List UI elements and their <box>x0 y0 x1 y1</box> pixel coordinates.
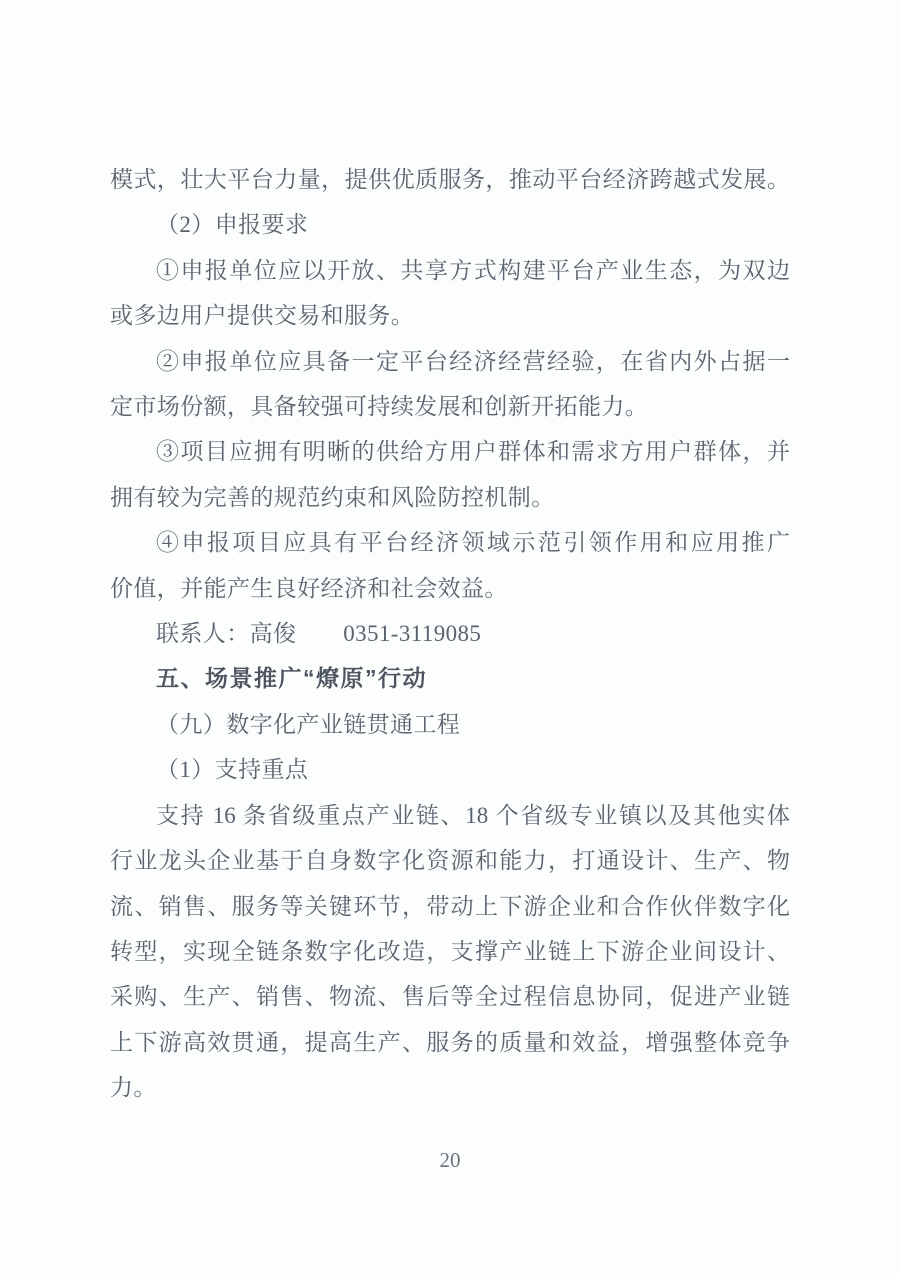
subsection-heading-support-focus: （1）支持重点 <box>110 747 790 792</box>
body-paragraph-line-7: 力。 <box>110 1065 790 1110</box>
document-page: 模式，壮大平台力量，提供优质服务，推动平台经济跨越式发展。 （2）申报要求 ①申… <box>0 0 900 1273</box>
body-paragraph-line-6: 上下游高效贯通，提高生产、服务的质量和效益，增强整体竞争 <box>110 1020 790 1065</box>
section-heading-five: 五、场景推广“燎原”行动 <box>110 656 790 701</box>
subsection-heading-nine: （九）数字化产业链贯通工程 <box>110 702 790 747</box>
body-line-continuation: 模式，壮大平台力量，提供优质服务，推动平台经济跨越式发展。 <box>110 157 790 202</box>
body-paragraph-line-5: 采购、生产、销售、物流、售后等全过程信息协同，促进产业链 <box>110 974 790 1019</box>
body-paragraph-line-2: 行业龙头企业基于自身数字化资源和能力，打通设计、生产、物 <box>110 838 790 883</box>
document-text: 模式，壮大平台力量，提供优质服务，推动平台经济跨越式发展。 （2）申报要求 ①申… <box>110 157 790 1111</box>
subsection-heading-requirements: （2）申报要求 <box>110 202 790 247</box>
contact-line: 联系人：高俊 0351-3119085 <box>110 611 790 656</box>
body-paragraph-line-4: 转型，实现全链条数字化改造，支撑产业链上下游企业间设计、 <box>110 929 790 974</box>
list-item-4-line-1: ④申报项目应具有平台经济领域示范引领作用和应用推广 <box>110 520 790 565</box>
list-item-2-line-2: 定市场份额，具备较强可持续发展和创新开拓能力。 <box>110 384 790 429</box>
page-number: 20 <box>0 1148 900 1173</box>
body-paragraph-line-3: 流、销售、服务等关键环节，带动上下游企业和合作伙伴数字化 <box>110 884 790 929</box>
list-item-4-line-2: 价值，并能产生良好经济和社会效益。 <box>110 566 790 611</box>
list-item-3-line-2: 拥有较为完善的规范约束和风险防控机制。 <box>110 475 790 520</box>
list-item-1-line-2: 或多边用户提供交易和服务。 <box>110 293 790 338</box>
list-item-3-line-1: ③项目应拥有明晰的供给方用户群体和需求方用户群体，并 <box>110 429 790 474</box>
list-item-1-line-1: ①申报单位应以开放、共享方式构建平台产业生态，为双边 <box>110 248 790 293</box>
body-paragraph-line-1: 支持 16 条省级重点产业链、18 个省级专业镇以及其他实体 <box>110 793 790 838</box>
list-item-2-line-1: ②申报单位应具备一定平台经济经营经验，在省内外占据一 <box>110 339 790 384</box>
